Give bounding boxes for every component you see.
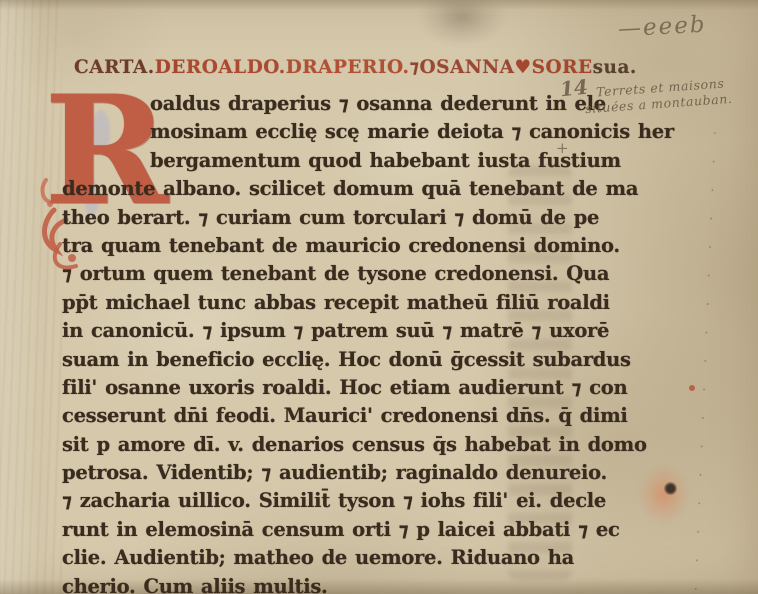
text-line: demonte albano. scilicet domum quā teneb… <box>62 175 562 203</box>
red-speck <box>689 385 695 391</box>
rubric-segment: sua. <box>593 57 637 78</box>
text-line: petrosa. Videntib; ⁊ audientib; raginald… <box>62 459 562 487</box>
top-edge-shading <box>0 0 758 10</box>
dark-ink-spot <box>664 482 677 495</box>
text-line: cesserunt dn̄i feodi. Maurici' credonens… <box>62 402 562 430</box>
text-line: suam in beneficio ecclię. Hoc donū ḡcess… <box>62 346 562 374</box>
pricking-holes-column <box>691 128 719 594</box>
top-ink-smudge <box>418 0 506 46</box>
text-line: pp̄t michael tunc abbas recepit matheū f… <box>62 289 562 317</box>
cross-mark: + <box>556 139 569 157</box>
charter-text-block: oaldus draperius ⁊ osanna dederunt in el… <box>62 90 562 594</box>
rubric-segment: OSANNA <box>420 57 515 78</box>
text-line: in canonicū. ⁊ ipsum ⁊ patrem suū ⁊ matr… <box>62 317 562 345</box>
text-line: clie. Audientib; matheo de uemore. Ridua… <box>62 544 562 572</box>
text-line: sit p amore dī. v. denarios census q̄s h… <box>62 431 562 459</box>
text-line: tra quam tenebant de mauricio credonensi… <box>62 232 562 260</box>
text-line: bergamentum quod habebant iusta fustium <box>62 147 562 175</box>
orange-stain <box>638 464 690 524</box>
text-line: cherio. Cum aliis multis. <box>62 573 562 594</box>
text-line: ⁊ zacharia uillico. Similit̄ tyson ⁊ ioh… <box>62 487 562 515</box>
folio-mark: —eeeb <box>617 12 707 43</box>
note-prefix: 14 <box>559 75 589 102</box>
rubric-segment: ROALDO. <box>186 57 286 78</box>
manuscript-page: CARTA. DE ROALDO. DRAPERIO. ⁊ OSANNA ♥SO… <box>0 0 758 594</box>
text-line: mosinam ecclię scę marie deiota ⁊ canoni… <box>62 118 562 146</box>
folio-mark-flourish: — <box>617 15 643 42</box>
rubric-segment: DRAPERIO. <box>286 57 410 78</box>
text-line: ⁊ ortum quem tenebant de tysone credonen… <box>62 260 562 288</box>
text-line: theo berart. ⁊ curiam cum torculari ⁊ do… <box>62 204 562 232</box>
folio-mark-text: eeeb <box>642 12 707 41</box>
rubric-segment: ⁊ <box>410 57 420 78</box>
text-line: oaldus draperius ⁊ osanna dederunt in el… <box>62 90 562 118</box>
text-line: runt in elemosinā censum orti ⁊ p laicei… <box>62 516 562 544</box>
text-line: fili' osanne uxoris roaldi. Hoc etiam au… <box>62 374 562 402</box>
